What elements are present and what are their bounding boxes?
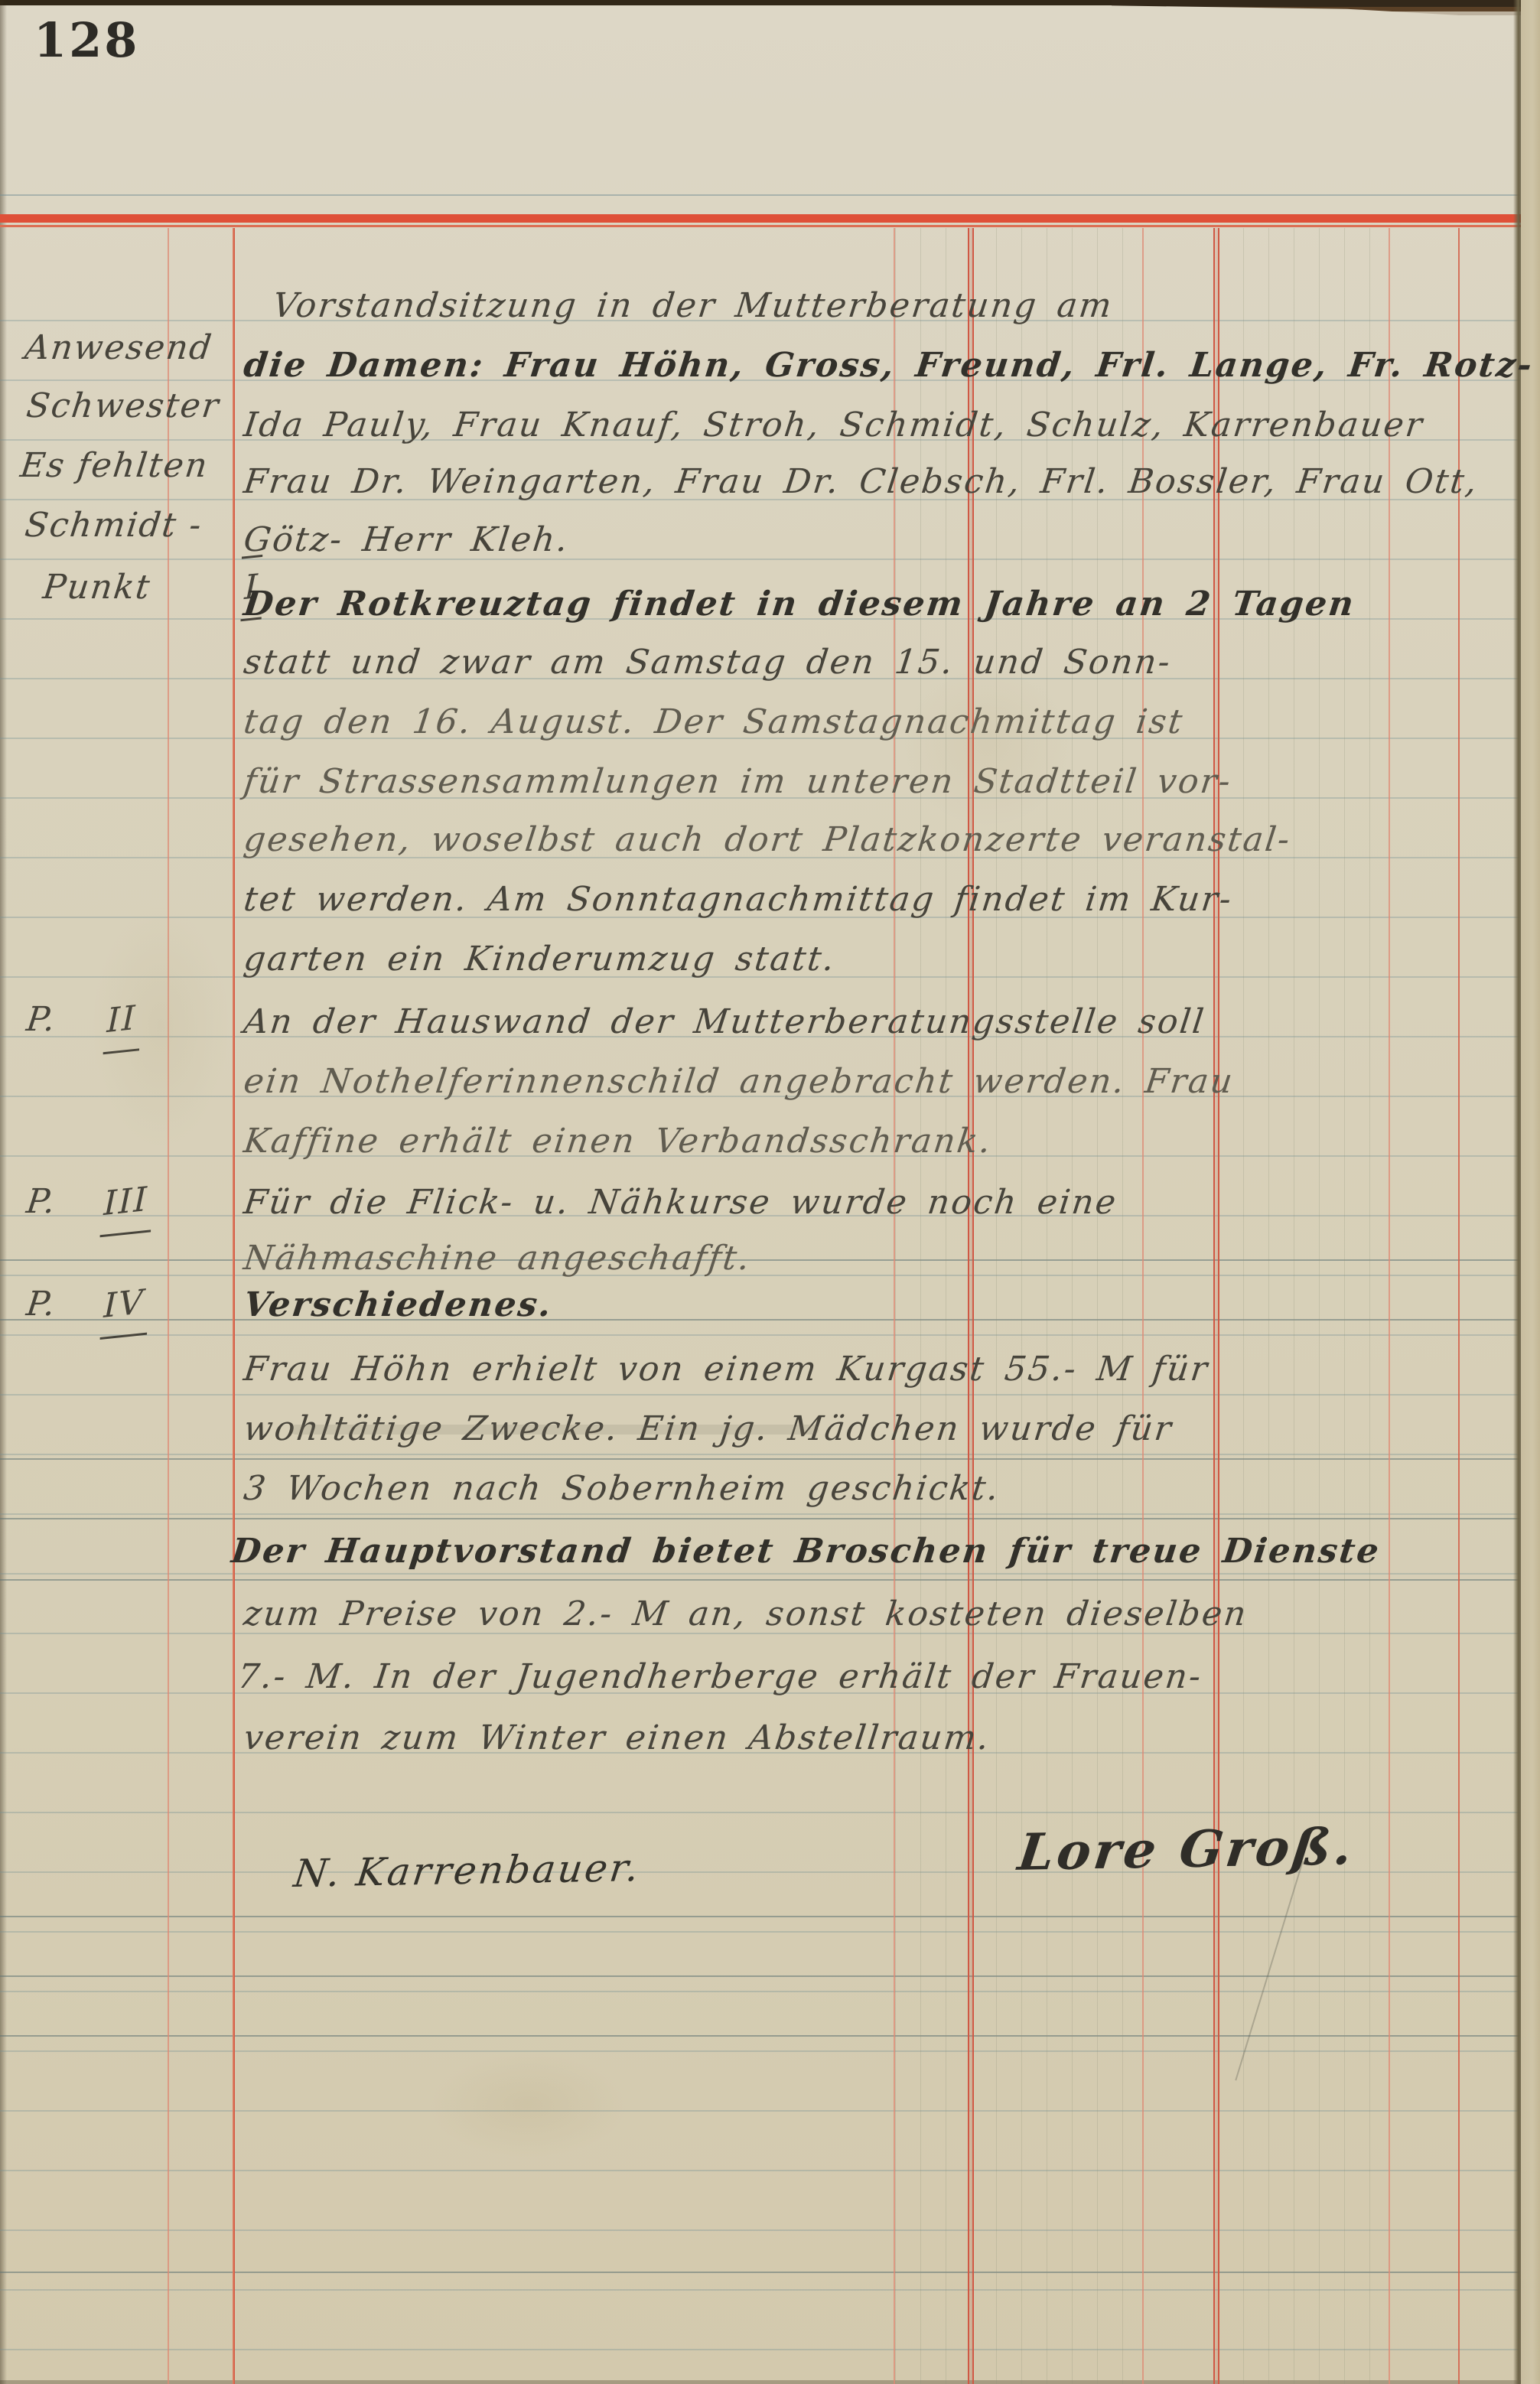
handwritten-line: für Strassensammlungen im unteren Stadtt… [240,752,1236,812]
margin-note: P.IV [23,1275,151,1334]
handwritten-line: Kaffine erhält einen Verbandsschrank. [240,1112,995,1171]
ink-smudge [291,1425,819,1435]
binding-corner-shadow [1112,0,1540,20]
margin-note-label: Es fehlten [18,446,211,485]
handwritten-line: Götz- Herr Kleh. [240,510,573,570]
margin-note-label: Punkt [41,568,153,607]
margin-note-label: P. [24,1182,59,1221]
handwritten-line: ein Nothelferinnenschild angebracht werd… [240,1052,1238,1112]
signature-left: N. Karrenbauer. [291,1845,643,1896]
margin-note-label: Schwester [24,386,222,425]
margin-note: Schwester [23,376,223,436]
handwritten-line: Für die Flick- u. Nähkurse wurde noch ei… [240,1173,1121,1233]
handwritten-line: zum Preise von 2.- M an, sonst kosteten … [240,1584,1251,1644]
header-red-rule-thin [0,225,1540,227]
signature-right: Lore Groß. [1015,1816,1359,1882]
margin-note: Schmidt - [21,496,206,555]
handwritten-line: Ida Pauly, Frau Knauf, Stroh, Schmidt, S… [240,396,1428,455]
faint-column-stripes-left [895,228,1144,2384]
handwritten-line: Vorstandsitzung in der Mutterberatung am [269,276,1117,336]
margin-rule-inner [233,228,235,2384]
margin-note: PunktI [40,555,266,615]
paper-stain [92,903,230,1148]
margin-note-label: P. [24,1285,59,1324]
column-rule-3 [1142,228,1144,2384]
handwritten-line: gesehen, woselbst auch dort Platzkonzert… [240,810,1294,870]
margin-note-roman-numeral: III [99,1170,151,1237]
faint-column-stripes-right [1218,228,1389,2384]
handwritten-line: Verschiedenes. [240,1275,556,1335]
handwritten-line: Der Hauptvorstand bietet Broschen für tr… [228,1522,1384,1581]
handwritten-line: 7.- M. In der Jugendherberge erhält der … [234,1647,1206,1707]
handwritten-line: An der Hauswand der Mutterberatungsstell… [240,992,1209,1052]
margin-note-label: Schmidt - [23,506,205,545]
margin-note-label: Anwesend [23,328,215,367]
column-rule-5 [1389,228,1390,2384]
column-rule-4-double [1213,228,1220,2384]
column-rule-1 [894,228,895,2384]
paper-stain [428,2050,627,2158]
page-number: 128 [34,12,139,68]
column-rule-2-double [968,228,975,2384]
handwritten-line: Der Rotkreuztag findet in diesem Jahre a… [240,575,1359,634]
edge-rule [1458,228,1460,2384]
margin-note-roman-numeral: IV [99,1272,148,1340]
handwritten-line: Frau Dr. Weingarten, Frau Dr. Clebsch, F… [240,452,1482,512]
header-blue-rule [0,194,1519,196]
header-red-rule-thick [0,214,1540,223]
margin-note: Es fehlten [17,436,212,496]
handwritten-line: Frau Höhn erhielt von einem Kurgast 55.-… [240,1340,1213,1399]
handwritten-line: verein zum Winter einen Abstellraum. [240,1708,994,1768]
handwritten-line: tet werden. Am Sonntagnachmittag findet … [240,870,1236,930]
paper-stain [903,658,1071,826]
margin-note: P.III [23,1172,155,1232]
handwritten-line: 3 Wochen nach Sobernheim geschickt. [240,1459,1004,1519]
handwritten-line: die Damen: Frau Höhn, Gross, Freund, Frl… [240,336,1537,396]
handwritten-line: garten ein Kinderumzug statt. [240,930,839,989]
margin-note: Anwesend [21,318,217,378]
ledger-page: 128 AnwesendSchwesterEs fehltenSchmidt -… [0,0,1540,2384]
margin-note-label: P. [24,1000,59,1039]
